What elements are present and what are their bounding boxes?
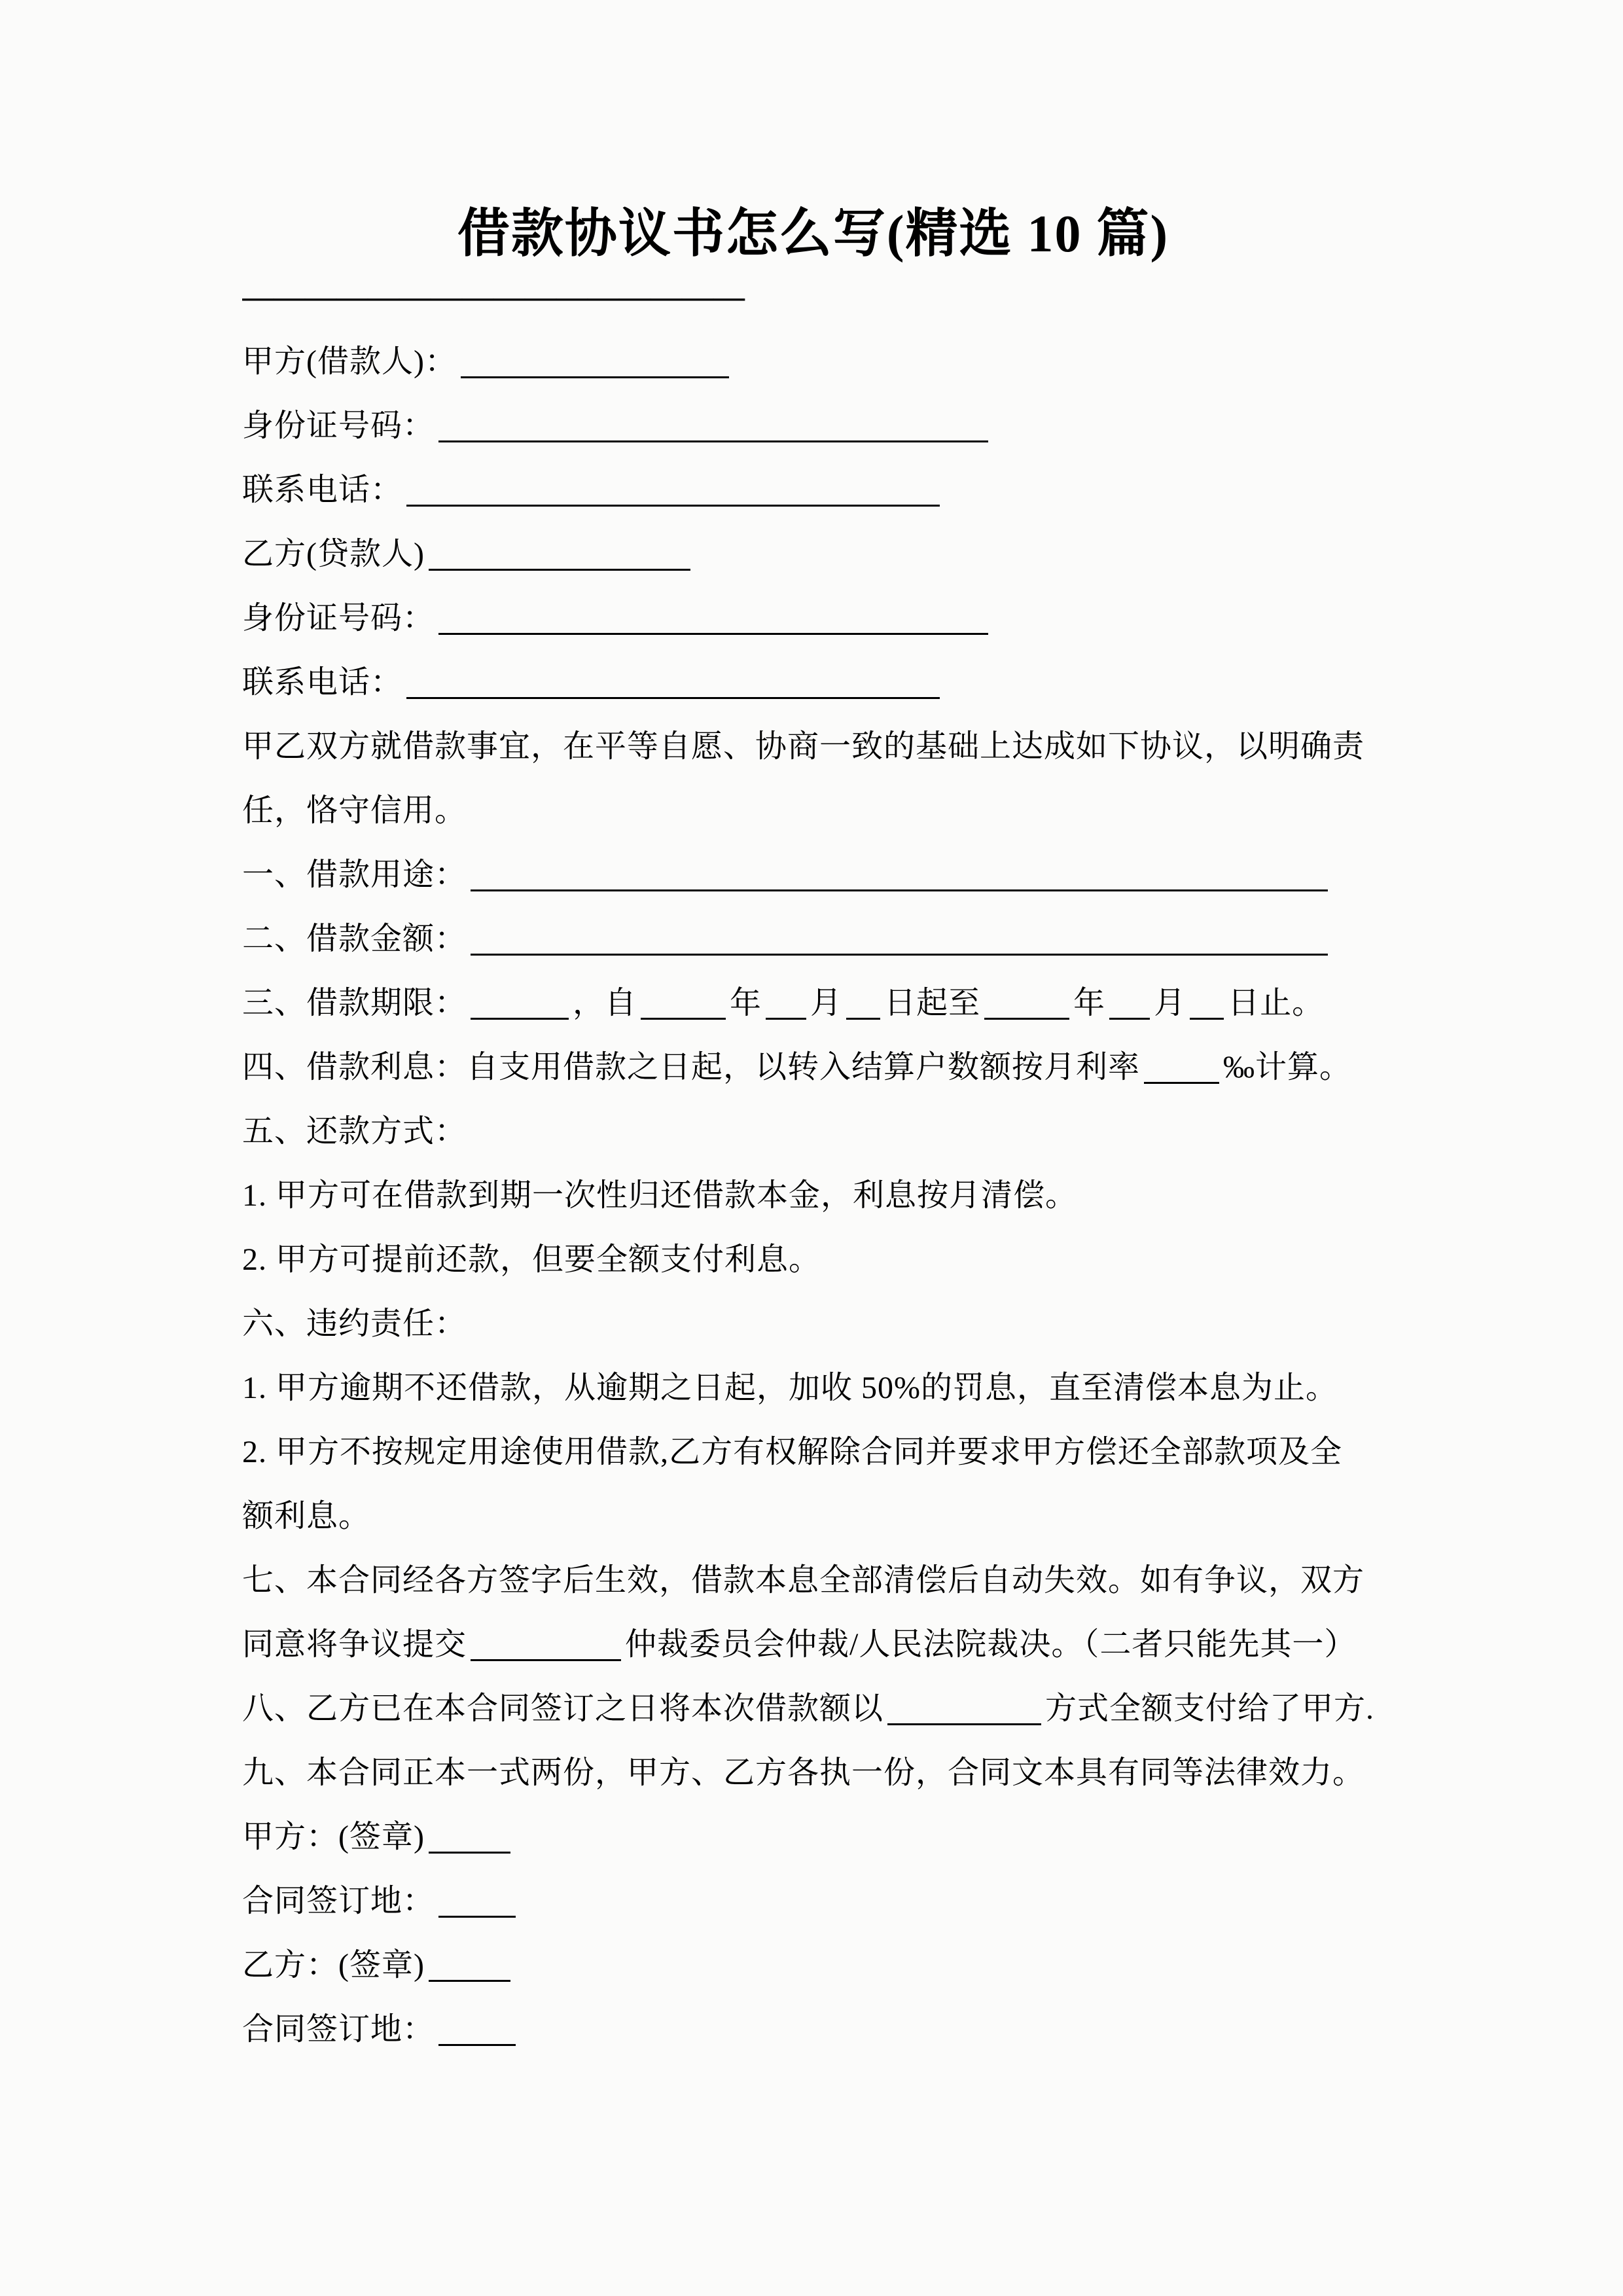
text-run: 联系电话： bbox=[242, 665, 402, 700]
text-run: 甲乙双方就借款事宜，在平等自愿、协商一致的基础上达成如下协议，以明确责 bbox=[242, 729, 1364, 764]
text-run: 九、本合同正本一式两份，甲方、乙方各执一份，合同文本具有同等法律效力。 bbox=[242, 1755, 1364, 1790]
text-run: 乙方：(签章) bbox=[242, 1948, 425, 1982]
document-line: 2. 甲方可提前还款，但要全额支付利息。 bbox=[242, 1228, 1384, 1292]
document-line: 2. 甲方不按规定用途使用借款,乙方有权解除合同并要求甲方偿还全部款项及全 bbox=[242, 1420, 1384, 1484]
blank-field bbox=[429, 1948, 510, 1982]
text-run: 身份证号码： bbox=[242, 601, 435, 636]
document-line: 合同签订地： bbox=[242, 1998, 1384, 2062]
document-line: 九、本合同正本一式两份，甲方、乙方各执一份，合同文本具有同等法律效力。 bbox=[242, 1741, 1384, 1805]
document-line: 六、违约责任： bbox=[242, 1292, 1384, 1356]
text-run: 年 bbox=[730, 986, 762, 1020]
text-run: 合同签订地： bbox=[242, 1884, 435, 1918]
document-line: 四、借款利息：自支用借款之日起，以转入结算户数额按月利率‰计算。 bbox=[242, 1035, 1384, 1100]
text-run: 八、乙方已在本合同签订之日将本次借款额以 bbox=[242, 1691, 883, 1726]
text-run: 三、借款期限： bbox=[242, 986, 467, 1020]
text-run: 六、违约责任： bbox=[242, 1306, 467, 1341]
text-run: 任，恪守信用。 bbox=[242, 793, 467, 828]
document-line: 1. 甲方逾期不还借款，从逾期之日起，加收 50%的罚息，直至清偿本息为止。 bbox=[242, 1356, 1384, 1420]
text-run: 五、还款方式： bbox=[242, 1114, 467, 1149]
document-line: 身份证号码： bbox=[242, 586, 1384, 651]
blank-field bbox=[887, 1692, 1041, 1725]
document-line: 甲方(借款人)： bbox=[242, 330, 1384, 394]
document-line: 任，恪守信用。 bbox=[242, 779, 1384, 843]
blank-field bbox=[461, 345, 729, 378]
blank-field bbox=[438, 2013, 516, 2046]
document-line: 联系电话： bbox=[242, 651, 1384, 715]
text-run: 同意将争议提交 bbox=[242, 1627, 467, 1662]
text-run: 1. 甲方可在借款到期一次性归还借款本金，利息按月清偿。 bbox=[242, 1178, 1077, 1213]
text-run: ，自 bbox=[573, 986, 637, 1020]
text-run: 一、借款用途： bbox=[242, 857, 467, 892]
text-run: 方式全额支付给了甲方. bbox=[1045, 1691, 1374, 1726]
document-line: 三、借款期限：，自年月日起至年月日止。 bbox=[242, 971, 1384, 1035]
blank-field bbox=[846, 986, 880, 1020]
document-line: 身份证号码： bbox=[242, 394, 1384, 458]
document-line: 八、乙方已在本合同签订之日将本次借款额以方式全额支付给了甲方. bbox=[242, 1677, 1384, 1741]
blank-field bbox=[429, 537, 690, 571]
document-line: 额利息。 bbox=[242, 1484, 1384, 1549]
blank-field bbox=[471, 858, 1328, 891]
text-run: 仲裁委员会仲裁/人民法院裁决。（二者只能先其一） bbox=[625, 1627, 1356, 1662]
text-run: 日起至 bbox=[884, 986, 980, 1020]
text-run: 日止。 bbox=[1228, 986, 1324, 1020]
blank-field bbox=[766, 986, 806, 1020]
blank-field bbox=[1109, 986, 1150, 1020]
text-run: 月 bbox=[810, 986, 842, 1020]
blank-field bbox=[406, 666, 940, 699]
text-run: 合同签订地： bbox=[242, 2012, 435, 2047]
text-run: 七、本合同经各方签字后生效，借款本息全部清偿后自动失效。如有争议，双方 bbox=[242, 1563, 1364, 1598]
document-line: 七、本合同经各方签字后生效，借款本息全部清偿后自动失效。如有争议，双方 bbox=[242, 1549, 1384, 1613]
text-run: 甲方：(签章) bbox=[242, 1820, 425, 1854]
text-run: ‰计算。 bbox=[1223, 1050, 1351, 1085]
blank-field bbox=[438, 1884, 516, 1918]
text-run: 年 bbox=[1073, 986, 1105, 1020]
document-line: 同意将争议提交仲裁委员会仲裁/人民法院裁决。（二者只能先其一） bbox=[242, 1613, 1384, 1677]
text-run: 2. 甲方可提前还款，但要全额支付利息。 bbox=[242, 1242, 821, 1277]
page-title: 借款协议书怎么写(精选 10 篇) bbox=[242, 204, 1384, 264]
text-run: 二、借款金额： bbox=[242, 922, 467, 956]
text-run: 额利息。 bbox=[242, 1499, 370, 1534]
text-run: 2. 甲方不按规定用途使用借款,乙方有权解除合同并要求甲方偿还全部款项及全 bbox=[242, 1435, 1342, 1469]
blank-field bbox=[471, 1628, 621, 1661]
document-line: 甲乙双方就借款事宜，在平等自愿、协商一致的基础上达成如下协议，以明确责 bbox=[242, 715, 1384, 779]
blank-field bbox=[438, 409, 988, 442]
blank-field bbox=[984, 986, 1069, 1020]
blank-field bbox=[438, 601, 988, 635]
document-page: 借款协议书怎么写(精选 10 篇) ———————————————— 甲方(借款… bbox=[0, 0, 1623, 2296]
text-run: 联系电话： bbox=[242, 473, 402, 507]
document-line: 甲方：(签章) bbox=[242, 1805, 1384, 1869]
text-run: 四、借款利息：自支用借款之日起，以转入结算户数额按月利率 bbox=[242, 1050, 1140, 1085]
document-body: 借款协议书怎么写(精选 10 篇) ———————————————— 甲方(借款… bbox=[242, 0, 1384, 2062]
text-run: 月 bbox=[1154, 986, 1186, 1020]
blank-field bbox=[641, 986, 726, 1020]
blank-field bbox=[1144, 1050, 1219, 1084]
document-line: 联系电话： bbox=[242, 458, 1384, 522]
blank-field bbox=[471, 922, 1328, 956]
text-run: 身份证号码： bbox=[242, 408, 435, 443]
text-run: 乙方(贷款人) bbox=[242, 537, 425, 571]
blank-field bbox=[406, 473, 940, 507]
blank-field bbox=[471, 986, 569, 1020]
document-line: 五、还款方式： bbox=[242, 1100, 1384, 1164]
document-line: 1. 甲方可在借款到期一次性归还借款本金，利息按月清偿。 bbox=[242, 1164, 1384, 1228]
document-line: 合同签订地： bbox=[242, 1869, 1384, 1933]
document-line: 二、借款金额： bbox=[242, 907, 1384, 971]
document-line: 一、借款用途： bbox=[242, 843, 1384, 907]
text-run: 甲方(借款人)： bbox=[242, 344, 457, 379]
title-separator: ———————————————— bbox=[242, 264, 1384, 330]
document-line: 乙方：(签章) bbox=[242, 1933, 1384, 1998]
blank-field bbox=[429, 1820, 510, 1854]
text-run: 1. 甲方逾期不还借款，从逾期之日起，加收 50%的罚息，直至清偿本息为止。 bbox=[242, 1371, 1338, 1405]
blank-field bbox=[1190, 986, 1224, 1020]
document-line: 乙方(贷款人) bbox=[242, 522, 1384, 586]
